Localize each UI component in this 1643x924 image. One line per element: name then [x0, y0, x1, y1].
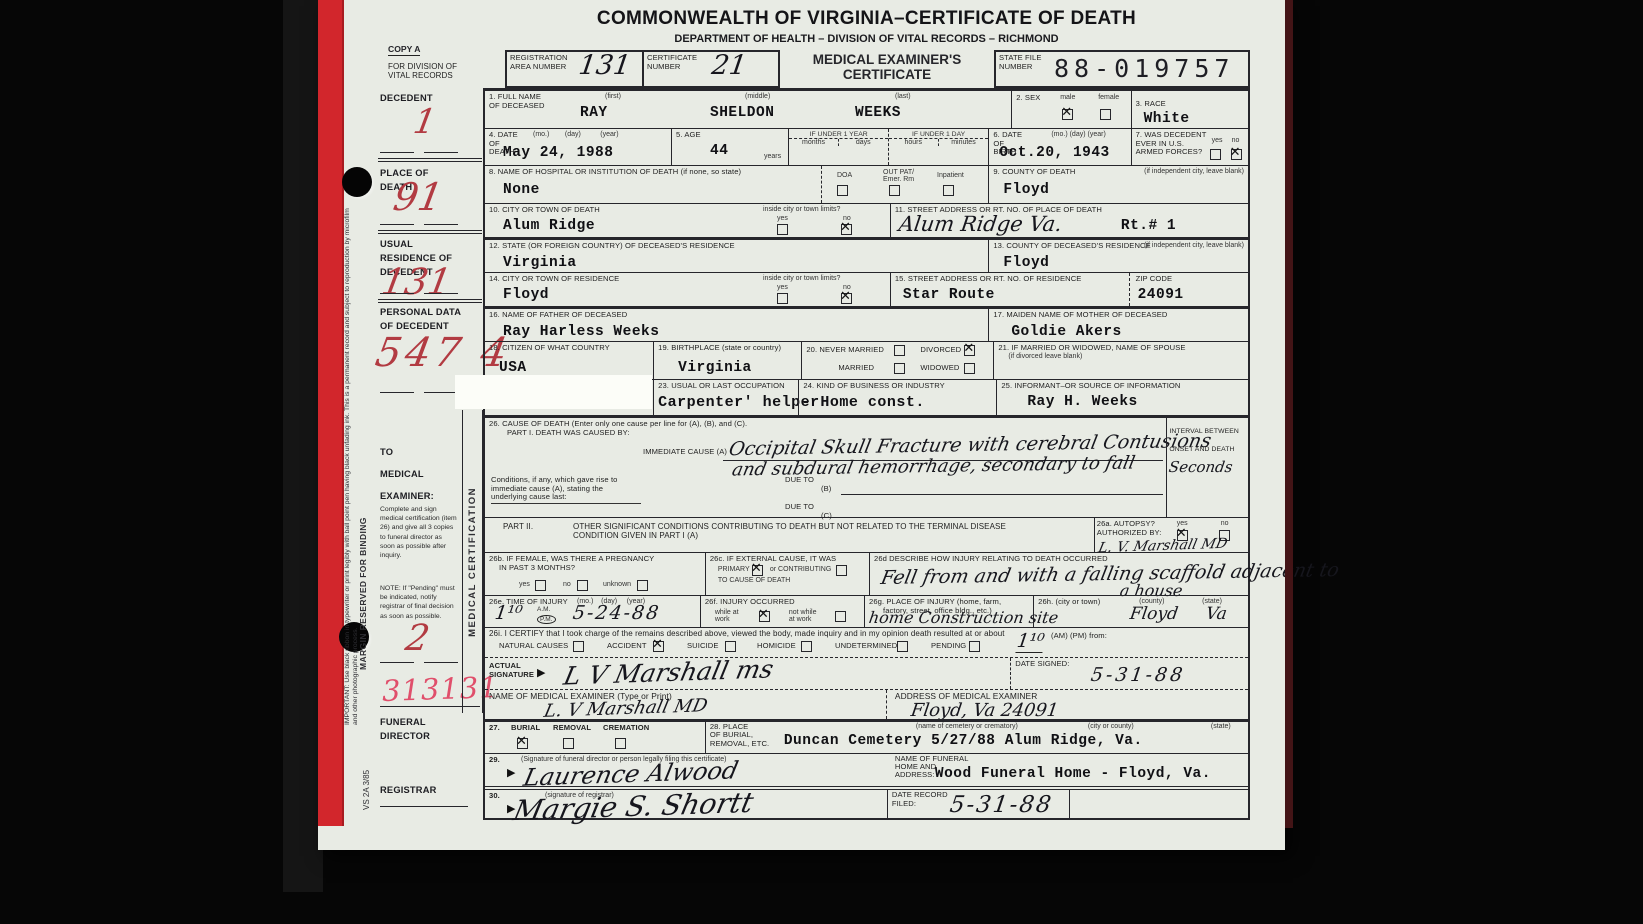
field-street-of-death: 11. STREET ADDRESS OR RT. NO. OF PLACE O… [890, 204, 1248, 237]
county-residence-value: Floyd [1003, 255, 1049, 271]
certify-text: 26i. I CERTIFY that I took charge of the… [489, 629, 1089, 638]
field-time-of-injury: 26e. TIME OF INJURY (mo.) (day) (year) 1… [485, 596, 700, 627]
b-label: (B) [821, 485, 831, 494]
street-residence-value: Star Route [903, 287, 995, 303]
date-signed-label: DATE SIGNED: [1015, 660, 1069, 669]
spouse-label: 21. IF MARRIED OR WIDOWED, NAME OF SPOUS… [998, 344, 1185, 353]
no-label: no [1221, 520, 1229, 527]
side-rule [380, 152, 458, 153]
divorced-checkbox [964, 345, 975, 356]
field-full-name: 1. FULL NAMEOF DECEASED (first) (middle)… [485, 91, 1011, 128]
date-birth-hint: (mo.) (day) (year) [1051, 131, 1105, 138]
whiteout-correction [455, 375, 652, 409]
age-unit-label: years [764, 153, 781, 160]
state-residence-value: Virginia [503, 255, 577, 271]
side-code-medical-examiner: 2 [402, 618, 432, 659]
row-hospital-county: 8. NAME OF HOSPITAL OR INSTITUTION OF DE… [485, 165, 1248, 203]
side-note-pending: NOTE: If "Pending" must be indicated, no… [380, 584, 458, 621]
field-county-residence: 13. COUNTY OF DECEASED'S RESIDENCE (if i… [988, 240, 1248, 272]
county-residence-label: 13. COUNTY OF DECEASED'S RESIDENCE [993, 242, 1150, 251]
side-note-instructions: Complete and sign medical certification … [380, 505, 458, 560]
field-external-cause: 26c. IF EXTERNAL CAUSE, IT WAS PRIMARY o… [705, 553, 869, 595]
side-label-funeral-director: FUNERAL DIRECTOR [380, 716, 450, 744]
side-code-place-of-death: 91 [390, 175, 446, 219]
field-marital-status: 20. NEVER MARRIED DIVORCED MARRIED WIDOW… [801, 342, 993, 379]
doa-checkbox [837, 185, 848, 196]
informant-label: 25. INFORMANT–OR SOURCE OF INFORMATION [1001, 382, 1180, 391]
cremation-label: CREMATION [603, 724, 649, 733]
married-label: MARRIED [838, 364, 874, 373]
mother-value: Goldie Akers [1011, 324, 1121, 340]
months-label: months [789, 139, 838, 146]
field-industry: 24. KIND OF BUSINESS OR INDUSTRY - Home … [798, 380, 996, 415]
row-citizen-marital: 18. CITIZEN OF WHAT COUNTRY USA 19. BIRT… [485, 341, 1248, 379]
registrar-number: 30. [489, 792, 500, 801]
widowed-checkbox [964, 363, 975, 374]
examiner-label: EXAMINER: [380, 490, 434, 504]
divider [821, 166, 822, 203]
date-death-hint: (mo.) (day) (year) [533, 131, 619, 138]
not-at-work-checkbox [835, 611, 846, 622]
county-death-note: (if independent city, leave blank) [1144, 168, 1244, 175]
burial-checkbox [517, 738, 528, 749]
row-burial: 27. BURIAL REMOVAL CREMATION 28. PLACEOF… [485, 719, 1248, 753]
row-part2-autopsy: PART II. OTHER SIGNIFICANT CONDITIONS CO… [485, 517, 1248, 552]
examiner-name-value: L. V Marshall MD [542, 695, 709, 722]
natural-causes-checkbox [573, 641, 584, 652]
inpatient-label: Inpatient [937, 172, 964, 179]
copy-sublabel: FOR DIVISION OF VITAL RECORDS [388, 62, 468, 80]
medical-certification-strip: MEDICAL CERTIFICATION [462, 410, 483, 713]
accident-checkbox [653, 641, 664, 652]
registration-area-label: REGISTRATION AREA NUMBER [510, 54, 572, 71]
field-registrar-signature: 30. (signature of registrar) ▶ Margie S.… [485, 790, 887, 818]
first-hint: (first) [605, 93, 621, 100]
field-county-of-death: 9. COUNTY OF DEATH (if independent city,… [988, 166, 1248, 203]
row-26bcd: 26b. IF FEMALE, WAS THERE A PREGNANCYIN … [485, 552, 1248, 595]
field-sex: 2. SEX male female [1011, 91, 1130, 128]
scanner-backing [283, 0, 323, 892]
document-subtitle: DEPARTMENT OF HEALTH – DIVISION OF VITAL… [483, 33, 1250, 45]
street-death-typed: Rt.# 1 [1121, 218, 1176, 234]
homicide-checkbox [801, 641, 812, 652]
limits-no-checkbox [841, 224, 852, 235]
suicide-checkbox [725, 641, 736, 652]
male-label: male [1060, 94, 1075, 101]
field-empty [1069, 790, 1248, 818]
field-age: 5. AGE 44 years [671, 129, 788, 165]
row-state-county-residence: 12. STATE (OR FOREIGN COUNTRY) OF DECEAS… [485, 237, 1248, 272]
middle-hint: (middle) [745, 93, 770, 100]
field-place-of-injury: 26g. PLACE OF INJURY (home, farm,factory… [864, 596, 1033, 627]
part1-label: PART I. DEATH WAS CAUSED BY: [507, 429, 630, 438]
field-informant: 25. INFORMANT–OR SOURCE OF INFORMATION R… [996, 380, 1248, 415]
never-married-checkbox [894, 345, 905, 356]
limits-label: inside city or town limits? [763, 206, 840, 213]
male-checkbox [1062, 109, 1073, 120]
state-hint: (state) [1211, 723, 1231, 730]
field-date-of-death: 4. DATE OFDEATH (mo.) (day) (year) May 2… [485, 129, 671, 165]
am-label: A.M. [537, 606, 550, 613]
industry-label: 24. KIND OF BUSINESS OR INDUSTRY [803, 382, 944, 391]
certificate-number-box: CERTIFICATE NUMBER 21 [644, 50, 780, 88]
pregnancy-yes-checkbox [535, 580, 546, 591]
binding-red-strip [318, 0, 344, 826]
header-number-boxes: REGISTRATION AREA NUMBER 131 CERTIFICATE… [505, 50, 1250, 88]
field-disposition: 27. BURIAL REMOVAL CREMATION [485, 722, 705, 753]
state-file-box: STATE FILE NUMBER 88-019757 [994, 50, 1250, 88]
how-injury-label: 26d DESCRIBE HOW INJURY RELATING TO DEAT… [874, 555, 1108, 564]
field-spouse: 21. IF MARRIED OR WIDOWED, NAME OF SPOUS… [993, 342, 1248, 379]
under-1-day-label: IF UNDER 1 DAY [889, 129, 988, 138]
examiner-address-value: Floyd, Va 24091 [909, 700, 1059, 721]
field-injury-occurred: 26f. INJURY OCCURRED while at work not w… [700, 596, 864, 627]
mother-label: 17. MAIDEN NAME OF MOTHER OF DECEASED [993, 311, 1167, 320]
city-county-hint: (city or county) [1088, 723, 1134, 730]
date-filed-value: 5-31-88 [948, 792, 1054, 818]
certificate-document: MARGIN RESERVED FOR BINDING IMPORTANT: U… [318, 0, 1285, 850]
last-hint: (last) [895, 93, 911, 100]
side-separator [378, 230, 482, 234]
age-value: 44 [710, 143, 728, 159]
county-death-label: 9. COUNTY OF DEATH [993, 168, 1075, 177]
city-residence-label: 14. CITY OR TOWN OF RESIDENCE [489, 275, 619, 284]
row-certify: 26i. I CERTIFY that I took charge of the… [485, 627, 1248, 657]
married-checkbox [894, 363, 905, 374]
first-name-value: RAY [580, 105, 608, 121]
hospital-value: None [503, 182, 540, 198]
immediate-cause-label: IMMEDIATE CAUSE (A) [643, 448, 727, 457]
medical-certification-label: MEDICAL CERTIFICATION [467, 487, 478, 637]
female-label: female [1098, 94, 1119, 101]
yes-label: yes [777, 284, 788, 291]
county-residence-note: (if independent city, leave blank) [1144, 242, 1244, 249]
unknown-label: unknown [603, 581, 631, 588]
at-work-label: while at work [715, 609, 745, 623]
cremation-checkbox [615, 738, 626, 749]
field-citizen: 18. CITIZEN OF WHAT COUNTRY USA [485, 342, 653, 379]
birthplace-label: 19. BIRTHPLACE (state or country) [658, 344, 781, 353]
field-occupation: 23. USUAL OR LAST OCCUPATION Carpenter' … [653, 380, 798, 415]
side-code-decedent: 1 [410, 102, 439, 142]
signature-arrow-icon: ▶ [507, 766, 515, 779]
injury-occurred-label: 26f. INJURY OCCURRED [705, 598, 795, 607]
full-name-label: 1. FULL NAME [489, 92, 541, 101]
pregnancy-no-checkbox [577, 580, 588, 591]
armed-forces-label: 7. WAS DECEDENT EVER IN U.S. ARMED FORCE… [1136, 131, 1208, 157]
armed-forces-yes-checkbox [1210, 149, 1221, 160]
field-certify: 26i. I CERTIFY that I took charge of the… [485, 628, 1248, 657]
divorced-label: DIVORCED [920, 346, 961, 355]
removal-label: REMOVAL [553, 724, 591, 733]
date-of-death-value: May 24, 1988 [503, 145, 613, 161]
street-residence-label: 15. STREET ADDRESS OR RT. NO. OF RESIDEN… [895, 275, 1082, 284]
res-limits-yes-checkbox [777, 293, 788, 304]
undetermined-label: UNDETERMINED [835, 642, 897, 651]
interval-label: INTERVAL BETWEEN ONSET AND DEATH [1169, 428, 1238, 453]
field-funeral-signature: 29. (Signature of funeral director or pe… [485, 754, 887, 786]
row-name-sex-race: 1. FULL NAMEOF DECEASED (first) (middle)… [485, 91, 1248, 128]
side-label-to-medical-examiner: TO MEDICAL EXAMINER: [380, 446, 434, 504]
certificate-number-label: CERTIFICATE NUMBER [647, 54, 702, 71]
outpatient-checkbox [889, 185, 900, 196]
time-injury-value: 1¹⁰ [493, 602, 523, 624]
date-injury-value: 5-24-88 [571, 602, 661, 624]
never-married-label: 20. NEVER MARRIED [806, 346, 884, 355]
state-file-label: STATE FILE NUMBER [999, 54, 1044, 71]
row-signature: ACTUALSIGNATURE ▶ L V Marshall ms DATE S… [485, 657, 1248, 689]
field-date-of-birth: 6. DATE OFBIRTH (mo.) (day) (year) Oct.2… [988, 129, 1130, 165]
sex-label: 2. SEX [1016, 94, 1040, 103]
pending-label: PENDING [931, 642, 966, 651]
field-pregnancy: 26b. IF FEMALE, WAS THERE A PREGNANCYIN … [485, 553, 705, 595]
minutes-label: minutes [939, 139, 989, 146]
outpatient-label: OUT PAT/ Emer. Rm [883, 169, 919, 183]
cemetery-hint: (name of cemetery or crematory) [916, 723, 1018, 730]
funeral-sig-number: 29. [489, 756, 500, 765]
city-residence-value: Floyd [503, 287, 549, 303]
age-label: 5. AGE [676, 131, 701, 140]
natural-causes-label: NATURAL CAUSES [499, 642, 568, 651]
not-at-work-label: not while at work [789, 609, 823, 623]
side-rule [380, 224, 458, 225]
at-work-checkbox [759, 611, 770, 622]
contributing-label: or CONTRIBUTING [770, 566, 831, 573]
date-signed-value: 5-31-88 [1090, 664, 1187, 686]
state-residence-label: 12. STATE (OR FOREIGN COUNTRY) OF DECEAS… [489, 242, 735, 251]
burial-label: BURIAL [511, 724, 540, 733]
inpatient-checkbox [943, 185, 954, 196]
row-city-street-zip: 14. CITY OR TOWN OF RESIDENCE Floyd insi… [485, 272, 1248, 306]
to-label: TO [380, 446, 434, 460]
field-hospital: 8. NAME OF HOSPITAL OR INSTITUTION OF DE… [485, 166, 988, 203]
place-injury-value: home Construction site [868, 608, 1060, 627]
last-name-value: WEEKS [855, 105, 901, 121]
limits-yes-checkbox [777, 224, 788, 235]
citizen-label: 18. CITIZEN OF WHAT COUNTRY [489, 344, 610, 353]
zip-label: ZIP CODE [1136, 275, 1173, 284]
certify-time-value: 1¹⁰ [1015, 630, 1046, 653]
spouse-note: (if divorced leave blank) [1008, 353, 1082, 360]
field-autopsy: 26a. AUTOPSY? AUTHORIZED BY: yes no L. V… [1094, 518, 1248, 552]
part2-label: PART II. [503, 522, 533, 531]
field-city-residence: 14. CITY OR TOWN OF RESIDENCE Floyd insi… [485, 273, 890, 306]
adjacent-page-edge [1285, 0, 1293, 828]
doa-label: DOA [837, 172, 852, 179]
field-date-filed: DATE RECORDFILED: 5-31-88 [887, 790, 1069, 818]
occupation-label: 23. USUAL OR LAST OCCUPATION [658, 382, 785, 391]
field-cause-of-death: 26. CAUSE OF DEATH (Enter only one cause… [485, 418, 1166, 517]
field-street-residence: 15. STREET ADDRESS OR RT. NO. OF RESIDEN… [890, 273, 1129, 306]
zip-value: 24091 [1138, 287, 1184, 303]
row-examiner: NAME OF MEDICAL EXAMINER (Type or Print)… [485, 689, 1248, 719]
margin-important-note: IMPORTANT: Use black ribbon in typewrite… [344, 195, 360, 725]
primary-checkbox [752, 565, 763, 576]
state-file-value: 88-019757 [1054, 54, 1234, 83]
female-checkbox [1100, 109, 1111, 120]
father-value: Ray Harless Weeks [503, 324, 659, 340]
side-rule [380, 806, 468, 807]
county-of-death-value: Floyd [1003, 182, 1049, 198]
field-armed-forces: 7. WAS DECEDENT EVER IN U.S. ARMED FORCE… [1131, 129, 1248, 165]
widowed-label: WIDOWED [920, 364, 959, 373]
field-injury-location: 26h. (city or town) (county) (state) Flo… [1033, 596, 1248, 627]
field-mother: 17. MAIDEN NAME OF MOTHER OF DECEASED Go… [988, 309, 1248, 341]
document-title: COMMONWEALTH OF VIRGINIA–CERTIFICATE OF … [483, 8, 1250, 30]
side-separator [378, 158, 482, 162]
funeral-home-value: Wood Funeral Home - Floyd, Va. [935, 766, 1211, 782]
due-to-b-label: DUE TO [785, 476, 814, 485]
yes-label: yes [1212, 137, 1223, 144]
yes-label: yes [777, 215, 788, 222]
pm-label-circled: P.M. [537, 615, 556, 624]
field-father: 16. NAME OF FATHER OF DECEASED Ray Harle… [485, 309, 988, 341]
undetermined-checkbox [897, 641, 908, 652]
field-city-of-death: 10. CITY OR TOWN OF DEATH Alum Ridge ins… [485, 204, 890, 237]
interval-value: Seconds [1168, 458, 1247, 476]
no-label: no [563, 581, 571, 588]
middle-name-value: SHELDON [710, 105, 774, 121]
registration-area-value: 131 [577, 50, 633, 81]
field-birthplace: 19. BIRTHPLACE (state or country) Virgin… [653, 342, 801, 379]
disposition-number: 27. [489, 724, 500, 733]
city-of-death-value: Alum Ridge [503, 218, 595, 234]
signature-arrow-icon: ▶ [537, 666, 545, 679]
certificate-form: 1. FULL NAMEOF DECEASED (first) (middle)… [483, 88, 1250, 820]
injury-state-value: Va [1205, 604, 1229, 624]
actual-signature-value: L V Marshall ms [561, 654, 776, 690]
side-rule [380, 293, 458, 294]
place-of-burial-value: Duncan Cemetery 5/27/88 Alum Ridge, Va. [784, 733, 1143, 749]
punch-hole-top [342, 167, 372, 197]
side-rule [380, 392, 458, 393]
side-separator [378, 299, 482, 303]
hours-label: hours [889, 139, 939, 146]
row-funeral-signature: 29. (Signature of funeral director or pe… [485, 753, 1248, 786]
pending-checkbox [969, 641, 980, 652]
certificate-type-line1: MEDICAL EXAMINER'S [783, 52, 991, 67]
injury-county-value: Floyd [1129, 604, 1180, 624]
certificate-type: MEDICAL EXAMINER'S CERTIFICATE [780, 50, 994, 88]
field-interval: INTERVAL BETWEEN ONSET AND DEATH Seconds [1166, 418, 1248, 517]
full-name-label2: OF DECEASED [489, 101, 545, 110]
field-actual-signature: ACTUALSIGNATURE ▶ L V Marshall ms [485, 658, 1010, 689]
field-state-residence: 12. STATE (OR FOREIGN COUNTRY) OF DECEAS… [485, 240, 988, 272]
accident-label: ACCIDENT [607, 642, 647, 651]
date-of-birth-value: Oct.20, 1943 [999, 145, 1109, 161]
field-funeral-home: NAME OF FUNERALHOME AND ADDRESS: Wood Fu… [887, 754, 1248, 786]
side-rule [380, 662, 458, 663]
row-26eh: 26e. TIME OF INJURY (mo.) (day) (year) 1… [485, 595, 1248, 627]
to-cause-label: TO CAUSE OF DEATH [718, 577, 790, 584]
field-how-injury: 26d DESCRIBE HOW INJURY RELATING TO DEAT… [869, 553, 1248, 595]
row-dates-age: 4. DATE OFDEATH (mo.) (day) (year) May 2… [485, 128, 1248, 165]
birthplace-value: Virginia [678, 360, 752, 376]
form-code: VS 2A 3/85 [362, 740, 371, 810]
row-parents: 16. NAME OF FATHER OF DECEASED Ray Harle… [485, 306, 1248, 341]
certificate-number-value: 21 [710, 50, 749, 81]
external-cause-label: 26c. IF EXTERNAL CAUSE, IT WAS [710, 555, 836, 564]
ampm-from-label: (AM) (PM) from: [1051, 632, 1107, 641]
hospital-label: 8. NAME OF HOSPITAL OR INSTITUTION OF DE… [489, 168, 741, 177]
res-limits-no-checkbox [841, 293, 852, 304]
father-label: 16. NAME OF FATHER OF DECEASED [489, 311, 627, 320]
field-race: 3. RACE White [1131, 91, 1248, 128]
field-examiner-name: NAME OF MEDICAL EXAMINER (Type or Print)… [485, 690, 886, 719]
field-zip: ZIP CODE 24091 [1129, 273, 1248, 306]
armed-forces-no-checkbox [1231, 149, 1242, 160]
authorized-by-label: AUTHORIZED BY: [1097, 529, 1162, 538]
side-code-residence: 131 [378, 262, 454, 303]
removal-checkbox [563, 738, 574, 749]
limits-label: inside city or town limits? [763, 275, 840, 282]
copy-label: COPY A [388, 44, 420, 56]
no-label: no [1232, 137, 1240, 144]
field-examiner-address: ADDRESS OF MEDICAL EXAMINER Floyd, Va 24… [886, 690, 1248, 719]
side-label-registrar: REGISTRAR [380, 784, 437, 798]
informant-value: Ray H. Weeks [1027, 394, 1137, 410]
row-registrar: 30. (signature of registrar) ▶ Margie S.… [485, 786, 1248, 818]
suicide-label: SUICIDE [687, 642, 719, 651]
street-death-handwritten: Alum Ridge Va. [897, 212, 1063, 236]
registration-area-box: REGISTRATION AREA NUMBER 131 [505, 50, 644, 88]
field-place-of-burial: 28. PLACEOF BURIAL,REMOVAL, ETC. (name o… [705, 722, 1248, 753]
primary-label: PRIMARY [718, 566, 750, 573]
industry-value: - Home const. [801, 394, 925, 411]
pregnancy-unknown-checkbox [637, 580, 648, 591]
city-death-label: 10. CITY OR TOWN OF DEATH [489, 206, 600, 215]
funeral-home-address-label: ADDRESS: [895, 771, 935, 780]
yes-label: yes [519, 581, 530, 588]
contributing-checkbox [836, 565, 847, 576]
injury-city-label: 26h. (city or town) [1038, 598, 1100, 607]
race-value: White [1144, 111, 1244, 127]
days-label: days [839, 139, 888, 146]
under-1-year-label: IF UNDER 1 YEAR [789, 129, 887, 138]
homicide-label: HOMICIDE [757, 642, 796, 651]
citizen-value: USA [499, 360, 527, 376]
occupation-value: Carpenter' helper [658, 394, 820, 411]
cause-b-line [841, 494, 1163, 495]
row-city-street-death: 10. CITY OR TOWN OF DEATH Alum Ridge ins… [485, 203, 1248, 237]
certificate-type-line2: CERTIFICATE [783, 67, 991, 82]
due-to-c-label: DUE TO [785, 503, 814, 512]
field-part2: PART II. OTHER SIGNIFICANT CONDITIONS CO… [485, 518, 1094, 552]
field-date-signed: DATE SIGNED: 5-31-88 [1010, 658, 1248, 689]
field-under-one: IF UNDER 1 YEAR months days IF UNDER 1 D… [788, 129, 988, 165]
part2-text: OTHER SIGNIFICANT CONDITIONS CONTRIBUTIN… [573, 522, 1053, 540]
medical-label: MEDICAL [380, 468, 434, 482]
race-label: 3. RACE [1136, 99, 1166, 108]
conditions-note: Conditions, if any, which gave rise to i… [491, 476, 641, 504]
row-cause-of-death: 26. CAUSE OF DEATH (Enter only one cause… [485, 415, 1248, 517]
